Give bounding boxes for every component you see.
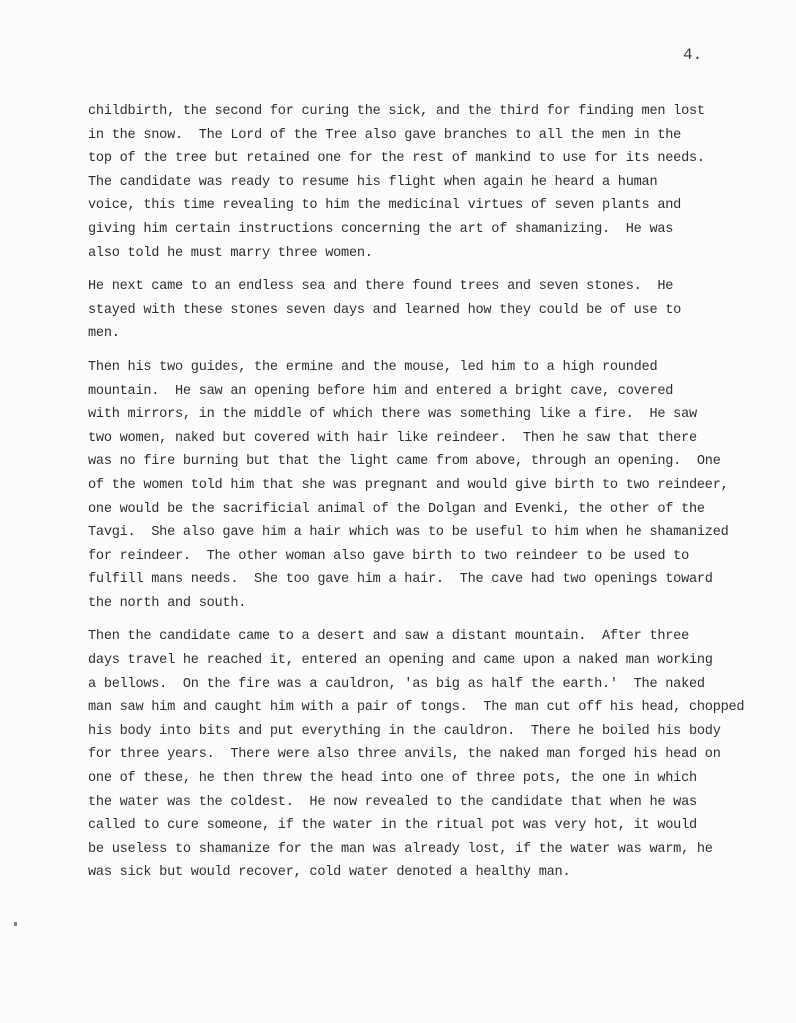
text-line: also told he must marry three women. xyxy=(88,242,768,266)
document-page: 4. childbirth, the second for curing the… xyxy=(0,0,796,1023)
text-line: man saw him and caught him with a pair o… xyxy=(88,696,768,720)
text-line: the water was the coldest. He now reveal… xyxy=(88,791,768,815)
text-line: be useless to shamanize for the man was … xyxy=(88,838,768,862)
text-line: giving him certain instructions concerni… xyxy=(88,218,768,242)
paragraph: Then the candidate came to a desert and … xyxy=(88,625,768,885)
text-line: was no fire burning but that the light c… xyxy=(88,450,768,474)
text-line: stayed with these stones seven days and … xyxy=(88,299,768,323)
text-line: with mirrors, in the middle of which the… xyxy=(88,403,768,427)
text-line: called to cure someone, if the water in … xyxy=(88,814,768,838)
text-line: one would be the sacrificial animal of t… xyxy=(88,498,768,522)
text-line: voice, this time revealing to him the me… xyxy=(88,194,768,218)
text-line: the north and south. xyxy=(88,592,768,616)
document-body: childbirth, the second for curing the si… xyxy=(88,100,768,895)
text-line: a bellows. On the fire was a cauldron, '… xyxy=(88,673,768,697)
paragraph: Then his two guides, the ermine and the … xyxy=(88,356,768,616)
text-line: in the snow. The Lord of the Tree also g… xyxy=(88,124,768,148)
text-line: Tavgi. She also gave him a hair which wa… xyxy=(88,521,768,545)
text-line: his body into bits and put everything in… xyxy=(88,720,768,744)
text-line: mountain. He saw an opening before him a… xyxy=(88,380,768,404)
text-line: fulfill mans needs. She too gave him a h… xyxy=(88,568,768,592)
text-line: two women, naked but covered with hair l… xyxy=(88,427,768,451)
page-number: 4. xyxy=(683,46,702,64)
text-line: Then the candidate came to a desert and … xyxy=(88,625,768,649)
text-line: was sick but would recover, cold water d… xyxy=(88,861,768,885)
paragraph: He next came to an endless sea and there… xyxy=(88,275,768,346)
text-line: for reindeer. The other woman also gave … xyxy=(88,545,768,569)
text-line: Then his two guides, the ermine and the … xyxy=(88,356,768,380)
text-line: for three years. There were also three a… xyxy=(88,743,768,767)
text-line: He next came to an endless sea and there… xyxy=(88,275,768,299)
paper-speck xyxy=(14,922,17,926)
text-line: top of the tree but retained one for the… xyxy=(88,147,768,171)
text-line: The candidate was ready to resume his fl… xyxy=(88,171,768,195)
text-line: one of these, he then threw the head int… xyxy=(88,767,768,791)
text-line: childbirth, the second for curing the si… xyxy=(88,100,768,124)
paragraph: childbirth, the second for curing the si… xyxy=(88,100,768,265)
text-line: of the women told him that she was pregn… xyxy=(88,474,768,498)
text-line: men. xyxy=(88,322,768,346)
text-line: days travel he reached it, entered an op… xyxy=(88,649,768,673)
